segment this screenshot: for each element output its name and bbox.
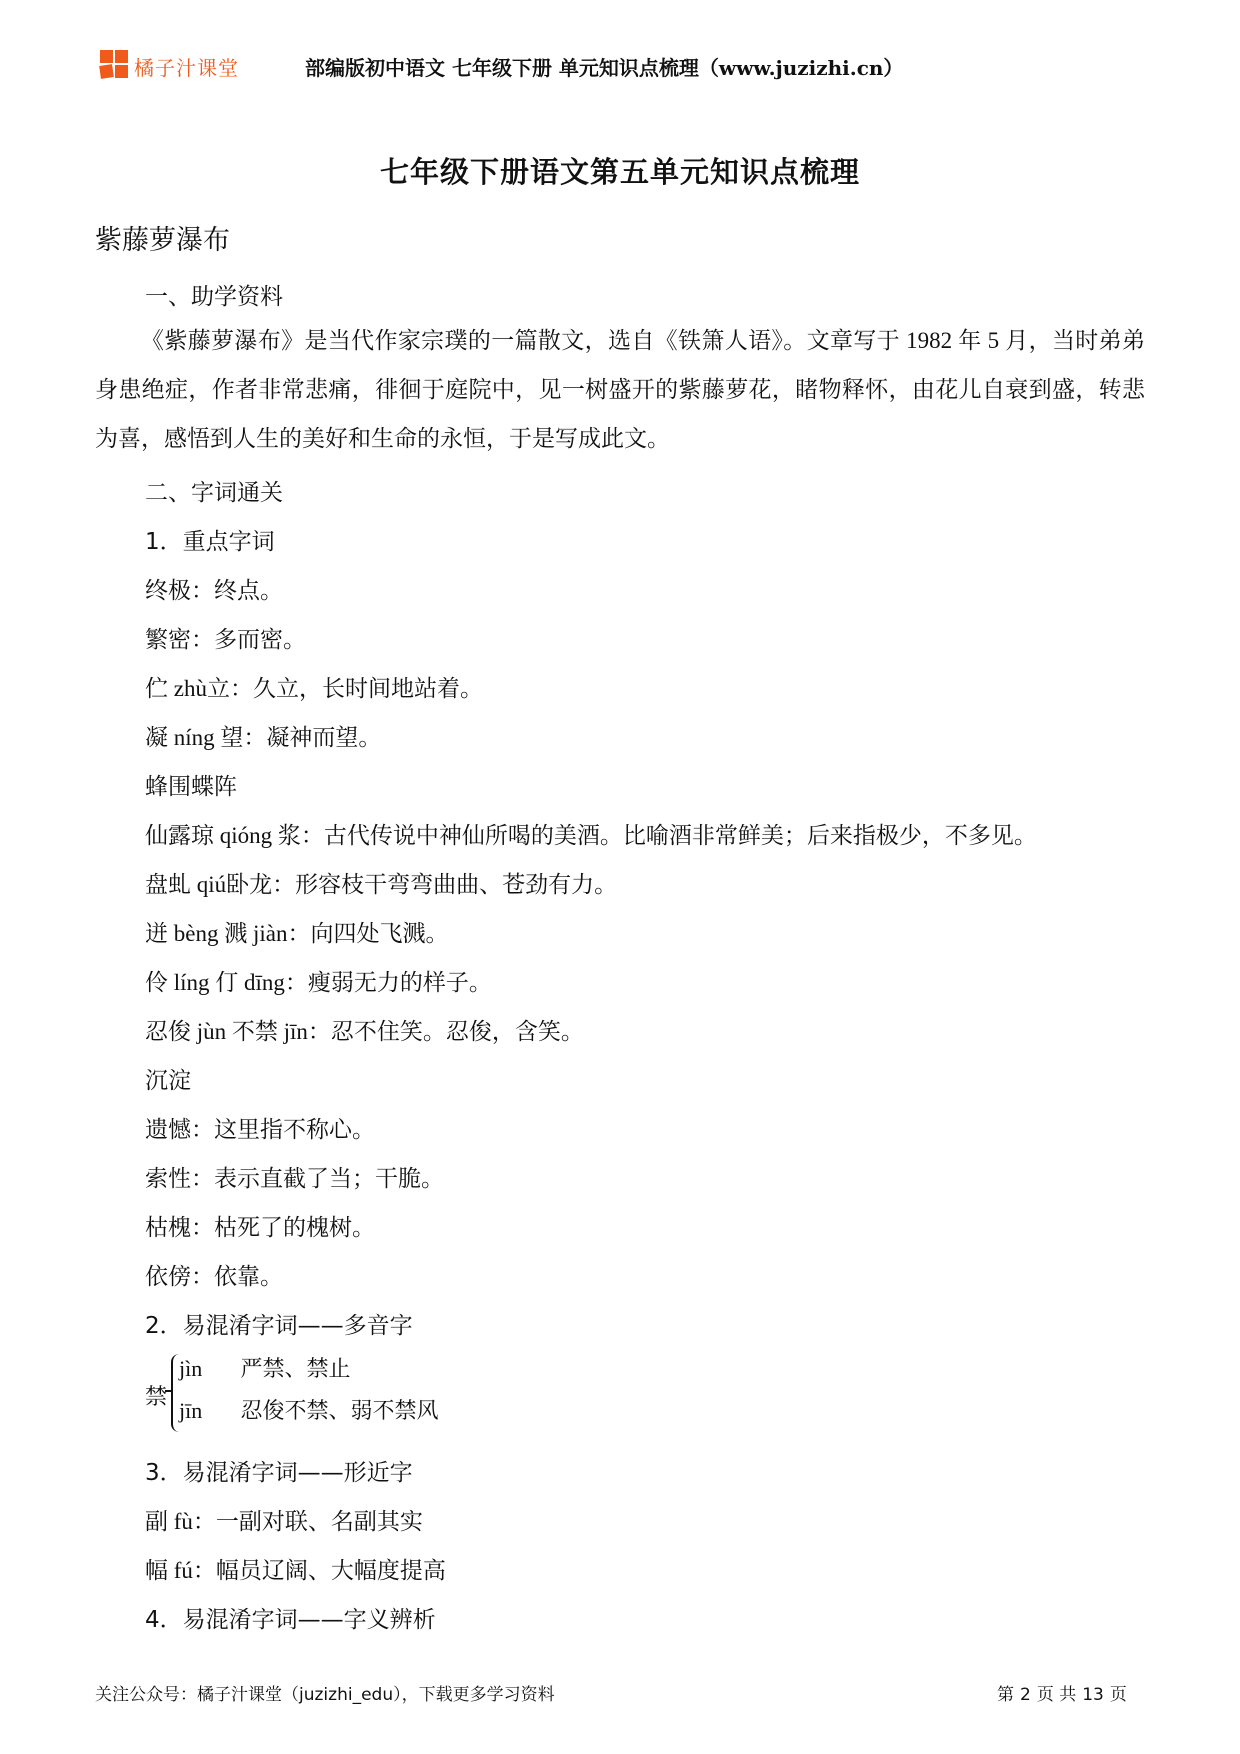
page-total: 13 [1082,1685,1104,1705]
subheading-meaning-analysis: 4．易混淆字词——字义辨析 [145,1601,436,1634]
vocab-item: 繁密：多而密。 [145,621,306,654]
brand-name: 橘子汁课堂 [134,52,239,81]
similar-char-item: 幅 fú：幅员辽阔、大幅度提高 [145,1552,446,1585]
section-heading-vocabulary: 二、字词通关 [145,474,283,507]
vocab-item: 依傍：依靠。 [145,1258,283,1291]
subheading-key-words: 1．重点字词 [145,523,275,556]
page-header: 橘子汁课堂 部编版初中语文 七年级下册 单元知识点梳理（www.juzizhi.… [100,46,1160,82]
lesson-title: 紫藤萝瀑布 [95,218,230,257]
page-suffix: 页 [1110,1685,1127,1705]
vocab-item: 遗憾：这里指不称心。 [145,1111,375,1144]
document-title: 七年级下册语文第五单元知识点梳理 [0,150,1240,191]
polyphonic-reading: jìn 严禁、禁止 [179,1352,351,1383]
vocab-item: 迸 bèng 溅 jiàn：向四处飞溅。 [145,915,448,948]
brand-logo-icon [100,50,130,80]
vocab-item: 索性：表示直截了当；干脆。 [145,1160,444,1193]
page-indicator: 第2页 共13页 [997,1680,1133,1705]
vocab-item: 蜂围蝶阵 [145,768,237,801]
vocab-item: 枯槐：枯死了的槐树。 [145,1209,375,1242]
vocab-item: 盘虬 qiú卧龙：形容枝干弯弯曲曲、苍劲有力。 [145,866,617,899]
intro-paragraph: 《紫藤萝瀑布》是当代作家宗璞的一篇散文，选自《铁箫人语》。文章写于 1982 年… [95,316,1145,463]
reading-pinyin: jīn [179,1398,235,1424]
page-current: 2 [1020,1685,1031,1705]
reading-examples: 忍俊不禁、弱不禁风 [241,1398,439,1423]
subheading-polyphonic: 2．易混淆字词——多音字 [145,1307,413,1340]
vocab-item: 伶 líng 仃 dīng：瘦弱无力的样子。 [145,964,492,997]
vocab-item: 仙露琼 qióng 浆：古代传说中神仙所喝的美酒。比喻酒非常鲜美；后来指极少，不… [145,817,1037,850]
vocab-item: 伫 zhù立：久立，长时间地站着。 [145,670,483,703]
section-heading-study-materials: 一、助学资料 [145,278,283,311]
polyphonic-reading: jīn 忍俊不禁、弱不禁风 [179,1394,439,1425]
reading-pinyin: jìn [179,1356,235,1382]
vocab-item: 忍俊 jùn 不禁 jīn：忍不住笑。忍俊，含笑。 [145,1013,584,1046]
vocab-item: 终极：终点。 [145,572,283,605]
polyphonic-char: 禁 [145,1380,167,1411]
footer-note: 关注公众号：橘子汁课堂（juzizhi_edu），下载更多学习资料 [95,1680,555,1705]
header-title: 部编版初中语文 七年级下册 单元知识点梳理（www.juzizhi.cn） [305,52,903,81]
similar-char-item: 副 fù：一副对联、名副其实 [145,1503,423,1536]
vocab-item: 沉淀 [145,1062,191,1095]
subheading-similar-chars: 3．易混淆字词——形近字 [145,1454,413,1487]
reading-examples: 严禁、禁止 [241,1356,351,1381]
page-prefix: 第 [997,1685,1014,1705]
vocab-item: 凝 níng 望：凝神而望。 [145,719,381,752]
page-mid: 页 共 [1037,1685,1076,1705]
